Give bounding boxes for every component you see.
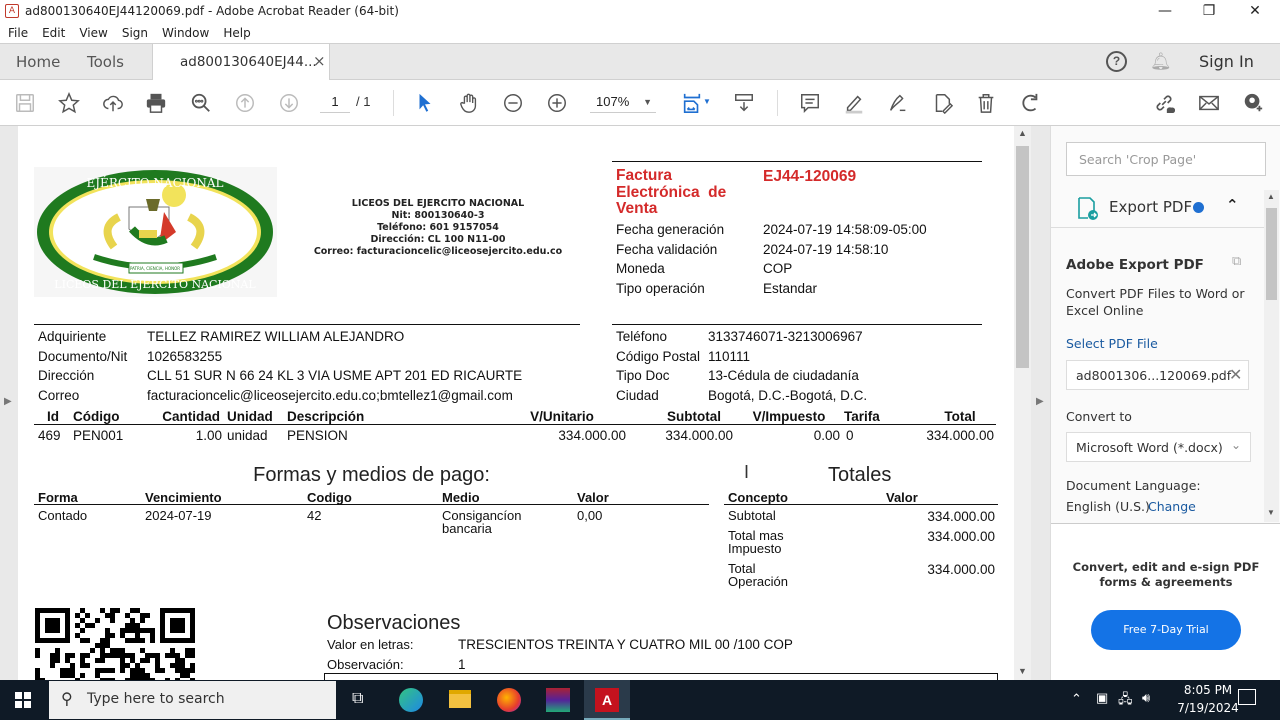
- selected-file-name: ad8001306...120069.pdf: [1076, 368, 1231, 383]
- logo-top-text: EJÉRCITO NACIONAL: [86, 175, 223, 190]
- zoom-level-value: 107%: [596, 94, 629, 109]
- payments-column-header: Codigo: [307, 490, 352, 505]
- export-pdf-icon: [1076, 197, 1100, 221]
- collapse-chevron-icon[interactable]: ⌃: [1226, 196, 1239, 214]
- buyer-label: Teléfono: [616, 329, 667, 344]
- promo-section: Convert, edit and e-sign PDF forms & agr…: [1051, 524, 1280, 680]
- document-type-line: Electrónica de: [616, 185, 726, 202]
- divider: [612, 324, 982, 325]
- sign-icon[interactable]: [886, 91, 910, 115]
- payments-column-header: Forma: [38, 490, 78, 505]
- document-type-line: Factura: [616, 168, 726, 185]
- meta-label: Fecha validación: [616, 242, 717, 257]
- buyer-value: facturacioncelic@liceosejercito.edu.co;b…: [147, 388, 513, 403]
- items-cell: 0: [846, 428, 854, 443]
- buyer-value: TELLEZ RAMIREZ WILLIAM ALEJANDRO: [147, 329, 404, 344]
- acrobat-reader-icon: A: [595, 688, 619, 712]
- items-column-header: V/Impuesto: [752, 409, 826, 424]
- change-language-link[interactable]: Change: [1148, 499, 1196, 514]
- observation-value: 1: [458, 657, 466, 672]
- payments-cell: Contado: [38, 509, 87, 522]
- company-email: Correo: facturacioncelic@liceosejercito.…: [280, 246, 596, 258]
- items-cell: 334.000.00: [538, 428, 626, 443]
- document-type-line: Venta: [616, 201, 726, 218]
- panel-scrollbar-thumb[interactable]: [1266, 208, 1277, 300]
- cloud-docs-icon[interactable]: ⧉: [1232, 254, 1241, 269]
- logo-bottom-text: LICEOS DEL EJÉRCITO NACIONAL: [54, 277, 256, 291]
- highlight-icon[interactable]: [842, 91, 866, 115]
- add-user-icon[interactable]: [1241, 91, 1265, 115]
- title-bar: A ad800130640EJ44120069.pdf - Adobe Acro…: [0, 0, 1280, 22]
- tab-tools[interactable]: Tools: [87, 53, 124, 71]
- search-icon: ⚲: [61, 689, 73, 709]
- premium-badge-icon: [1193, 202, 1204, 213]
- meta-value: COP: [763, 261, 792, 276]
- logo-motto: PATRIA, CIENCIA, HONOR: [130, 266, 180, 271]
- rotate-icon[interactable]: [1018, 91, 1042, 115]
- menu-edit[interactable]: Edit: [42, 26, 65, 40]
- buyer-label: Adquiriente: [38, 329, 106, 344]
- document-language-value: English (U.S.): [1066, 499, 1150, 514]
- remove-file-icon[interactable]: ✕: [1229, 365, 1242, 384]
- sign-in-button[interactable]: Sign In: [1199, 52, 1254, 71]
- chevron-down-icon: ▼: [643, 97, 652, 107]
- document-scrollbar[interactable]: ▲ ▼: [1014, 126, 1031, 680]
- totals-value: 334.000.00: [898, 529, 995, 544]
- buyer-label: Código Postal: [616, 349, 700, 364]
- panel-scroll-up-icon[interactable]: ▲: [1267, 192, 1275, 201]
- buyer-value: 3133746071-3213006967: [708, 329, 863, 344]
- invoice-number: EJ44-120069: [763, 168, 856, 186]
- collapse-right-pane-icon[interactable]: ▶: [1036, 396, 1044, 407]
- tab-document[interactable]: ad800130640EJ44... ×: [152, 44, 330, 80]
- items-column-header: Tarifa: [844, 409, 880, 424]
- select-pdf-file-link[interactable]: Select PDF File: [1066, 336, 1158, 351]
- buyer-value: CLL 51 SUR N 66 24 KL 3 VIA USME APT 201…: [147, 368, 522, 383]
- items-cell: PEN001: [73, 428, 123, 443]
- hand-tool-icon[interactable]: [457, 91, 481, 115]
- buyer-value: 13-Cédula de ciudadanía: [708, 368, 859, 383]
- totals-value: 334.000.00: [898, 509, 995, 524]
- bookmark-star-icon[interactable]: [57, 91, 81, 115]
- amount-words: TRESCIENTOS TREINTA Y CUATRO MIL 00 /100…: [458, 637, 793, 652]
- observation-label: Observación:: [327, 657, 404, 672]
- network-icon[interactable]: 🖧︎: [1118, 690, 1133, 712]
- taskbar-search-box[interactable]: ⚲ Type here to search: [49, 681, 336, 719]
- items-cell: 1.00: [158, 428, 222, 443]
- edit-pdf-icon[interactable]: [930, 91, 954, 115]
- fit-page-icon[interactable]: [680, 91, 704, 115]
- company-name: LICEOS DEL EJERCITO NACIONAL: [280, 198, 596, 210]
- items-cell: PENSION: [287, 428, 348, 443]
- share-link-icon[interactable]: [1152, 91, 1176, 115]
- divider: [34, 324, 580, 325]
- items-cell: 0.00: [744, 428, 840, 443]
- amount-words-label: Valor en letras:: [327, 637, 413, 652]
- buyer-label: Tipo Doc: [616, 368, 670, 383]
- items-cell: 334.000.00: [924, 428, 994, 443]
- scrollbar-thumb[interactable]: [1016, 146, 1029, 368]
- help-icon[interactable]: ?: [1106, 51, 1127, 72]
- right-pane-gutter: ▶: [1031, 126, 1050, 680]
- menu-sign[interactable]: Sign: [122, 26, 148, 40]
- buyer-value: Bogotá, D.C.-Bogotá, D.C.: [708, 388, 867, 403]
- totals-concept: Total Operación: [728, 562, 798, 588]
- menu-view[interactable]: View: [79, 26, 107, 40]
- scroll-up-icon[interactable]: ▲: [1018, 128, 1027, 138]
- items-column-header: Id: [38, 409, 68, 424]
- free-trial-button[interactable]: Free 7-Day Trial: [1091, 610, 1241, 650]
- page-total: / 1: [356, 94, 370, 109]
- buyer-label: Ciudad: [616, 388, 659, 403]
- tool-search-placeholder: Search 'Crop Page': [1079, 152, 1196, 167]
- toolbar: 1 / 1 107%▼ ▼: [0, 80, 1280, 126]
- items-cell: unidad: [227, 428, 268, 443]
- buyer-label: Documento/Nit: [38, 349, 127, 364]
- toolbar-divider: [777, 90, 778, 116]
- print-icon[interactable]: [144, 91, 168, 115]
- items-column-header: Código: [73, 409, 120, 424]
- toolbar-divider: [393, 90, 394, 116]
- taskbar-acrobat-active[interactable]: A: [584, 680, 630, 720]
- prev-page-icon[interactable]: [233, 91, 257, 115]
- export-pdf-title: Export PDF: [1109, 198, 1192, 216]
- meta-label: Moneda: [616, 261, 665, 276]
- company-nit: Nit: 800130640-3: [280, 210, 596, 222]
- totals-concept: Subtotal: [728, 509, 798, 522]
- items-column-header: Total: [925, 409, 995, 424]
- clock-time[interactable]: 8:05 PM: [1175, 683, 1241, 697]
- institution-logo: PATRIA, CIENCIA, HONOR EJÉRCITO NACIONAL…: [34, 167, 277, 297]
- meta-label: Tipo operación: [616, 281, 705, 296]
- delete-icon[interactable]: [974, 91, 998, 115]
- text-cursor-icon: I: [744, 462, 749, 483]
- firefox-icon[interactable]: [497, 688, 521, 712]
- payments-column-header: Valor: [577, 490, 609, 505]
- zoom-level-dropdown[interactable]: 107%▼: [590, 94, 656, 113]
- payments-cell: Consigancíon bancaria: [442, 509, 532, 535]
- window-title: ad800130640EJ44120069.pdf - Adobe Acroba…: [25, 4, 399, 18]
- page-number-input[interactable]: 1: [320, 94, 350, 113]
- company-phone: Teléfono: 601 9157054: [280, 222, 596, 234]
- convert-to-label: Convert to: [1066, 409, 1132, 424]
- select-cursor-icon[interactable]: [413, 91, 437, 115]
- observations-title: Observaciones: [327, 612, 460, 635]
- convert-to-dropdown[interactable]: Microsoft Word (*.docx) ⌄: [1066, 432, 1251, 462]
- items-column-header: Unidad: [227, 409, 273, 424]
- zoom-in-icon[interactable]: [545, 91, 569, 115]
- save-icon[interactable]: [13, 91, 37, 115]
- items-column-header: Cantidad: [160, 409, 220, 424]
- export-pdf-header[interactable]: Export PDF ⌃: [1051, 188, 1265, 228]
- menu-window[interactable]: Window: [162, 26, 209, 40]
- notification-center-icon[interactable]: [1238, 689, 1256, 705]
- menu-file[interactable]: File: [8, 26, 28, 40]
- meet-now-icon[interactable]: ▣: [1096, 690, 1108, 706]
- tab-home[interactable]: Home: [16, 53, 60, 71]
- items-header-divider: [34, 424, 996, 425]
- payments-cell: 2024-07-19: [145, 509, 212, 522]
- buyer-label: Dirección: [38, 368, 94, 383]
- windows-start-icon[interactable]: [15, 692, 31, 708]
- payments-cell: 0,00: [577, 509, 602, 522]
- email-icon[interactable]: [1197, 91, 1221, 115]
- items-column-header: V/Unitario: [518, 409, 606, 424]
- export-description: Convert PDF Files to Word or Excel Onlin…: [1066, 285, 1246, 319]
- company-info: LICEOS DEL EJERCITO NACIONAL Nit: 800130…: [280, 198, 596, 258]
- menu-bar: File Edit View Sign Window Help: [0, 22, 1280, 43]
- show-hidden-icons[interactable]: ⌃: [1071, 691, 1082, 707]
- volume-icon[interactable]: 🔊︎: [1142, 690, 1150, 706]
- payments-title: Formas y medios de pago:: [34, 464, 709, 487]
- buyer-value: 110111: [708, 349, 750, 364]
- buyer-value: 1026583255: [147, 349, 222, 364]
- scroll-down-icon[interactable]: ▼: [1018, 666, 1027, 676]
- tab-bar: Home Tools ad800130640EJ44... × ? 🔔︎ Sig…: [0, 43, 1280, 80]
- tools-panel: Search 'Crop Page' Export PDF ⌃ ▲ ▼ Adob…: [1050, 126, 1280, 680]
- totals-value: 334.000.00: [898, 562, 995, 577]
- zoom-out-icon[interactable]: [501, 91, 525, 115]
- items-column-header: Subtotal: [654, 409, 734, 424]
- file-explorer-icon[interactable]: [449, 690, 471, 708]
- panel-scrollbar[interactable]: ▲ ▼: [1264, 190, 1279, 522]
- meta-label: Fecha generación: [616, 222, 724, 237]
- legal-notice-box: [324, 673, 998, 680]
- notification-bell-icon[interactable]: 🔔︎: [1150, 52, 1172, 72]
- close-tab-icon[interactable]: ×: [313, 52, 326, 70]
- minimize-button[interactable]: —: [1142, 0, 1188, 22]
- panel-scroll-down-icon[interactable]: ▼: [1267, 508, 1275, 517]
- items-cell: 469: [38, 428, 68, 443]
- totals-title: Totales: [828, 464, 891, 487]
- expand-left-pane-icon[interactable]: ▶: [4, 396, 12, 407]
- find-icon[interactable]: [189, 91, 213, 115]
- close-window-button[interactable]: ✕: [1232, 0, 1278, 22]
- pdf-page: PATRIA, CIENCIA, HONOR EJÉRCITO NACIONAL…: [18, 126, 1014, 680]
- comment-icon[interactable]: [798, 91, 822, 115]
- task-view-icon[interactable]: ⧉: [352, 690, 363, 708]
- buyer-label: Correo: [38, 388, 79, 403]
- taskbar: ⚲ Type here to search ⧉ A ⌃ ▣ 🖧︎ 🔊︎ 8:05…: [0, 680, 1280, 720]
- next-page-icon[interactable]: [277, 91, 301, 115]
- meta-value: Estandar: [763, 281, 817, 296]
- totals-concept: Total mas Impuesto: [728, 529, 798, 555]
- fit-page-dropdown-icon[interactable]: ▼: [703, 97, 711, 106]
- acrobat-app-icon: A: [5, 4, 19, 18]
- payments-column-header: Medio: [442, 490, 480, 505]
- tool-search-input[interactable]: Search 'Crop Page': [1066, 142, 1266, 176]
- chevron-down-icon: ⌄: [1231, 438, 1241, 452]
- menu-help[interactable]: Help: [223, 26, 250, 40]
- meta-value: 2024-07-19 14:58:10: [763, 242, 888, 257]
- payments-cell: 42: [307, 509, 321, 522]
- company-address: Dirección: CL 100 N11-00: [280, 234, 596, 246]
- edge-browser-icon[interactable]: [399, 688, 423, 712]
- winrar-icon[interactable]: [546, 688, 570, 712]
- promo-text: Convert, edit and e-sign PDF forms & agr…: [1066, 560, 1266, 590]
- document-language-label: Document Language:: [1066, 478, 1201, 493]
- totals-column-header: Concepto: [728, 490, 788, 505]
- payments-column-header: Vencimiento: [145, 490, 222, 505]
- adobe-export-heading: Adobe Export PDF: [1066, 257, 1204, 273]
- left-pane-gutter: ▶: [0, 126, 18, 680]
- document-tab-label: ad800130640EJ44...: [180, 54, 317, 70]
- items-column-header: Descripción: [287, 409, 364, 424]
- clock-date[interactable]: 7/19/2024: [1168, 701, 1248, 715]
- qr-code: [35, 608, 195, 680]
- items-cell: 334.000.00: [638, 428, 733, 443]
- meta-value: 2024-07-19 14:58:09-05:00: [763, 222, 927, 237]
- totals-column-header: Valor: [886, 490, 918, 505]
- document-type: Factura Electrónica de Venta: [616, 168, 726, 218]
- taskbar-search-placeholder: Type here to search: [87, 691, 225, 707]
- convert-to-value: Microsoft Word (*.docx): [1076, 440, 1223, 455]
- divider: [612, 161, 982, 162]
- restore-button[interactable]: ❐: [1186, 0, 1232, 22]
- scroll-mode-icon[interactable]: [732, 91, 756, 115]
- selected-file-field: ad8001306...120069.pdf ✕: [1066, 360, 1249, 390]
- upload-cloud-icon[interactable]: [101, 91, 125, 115]
